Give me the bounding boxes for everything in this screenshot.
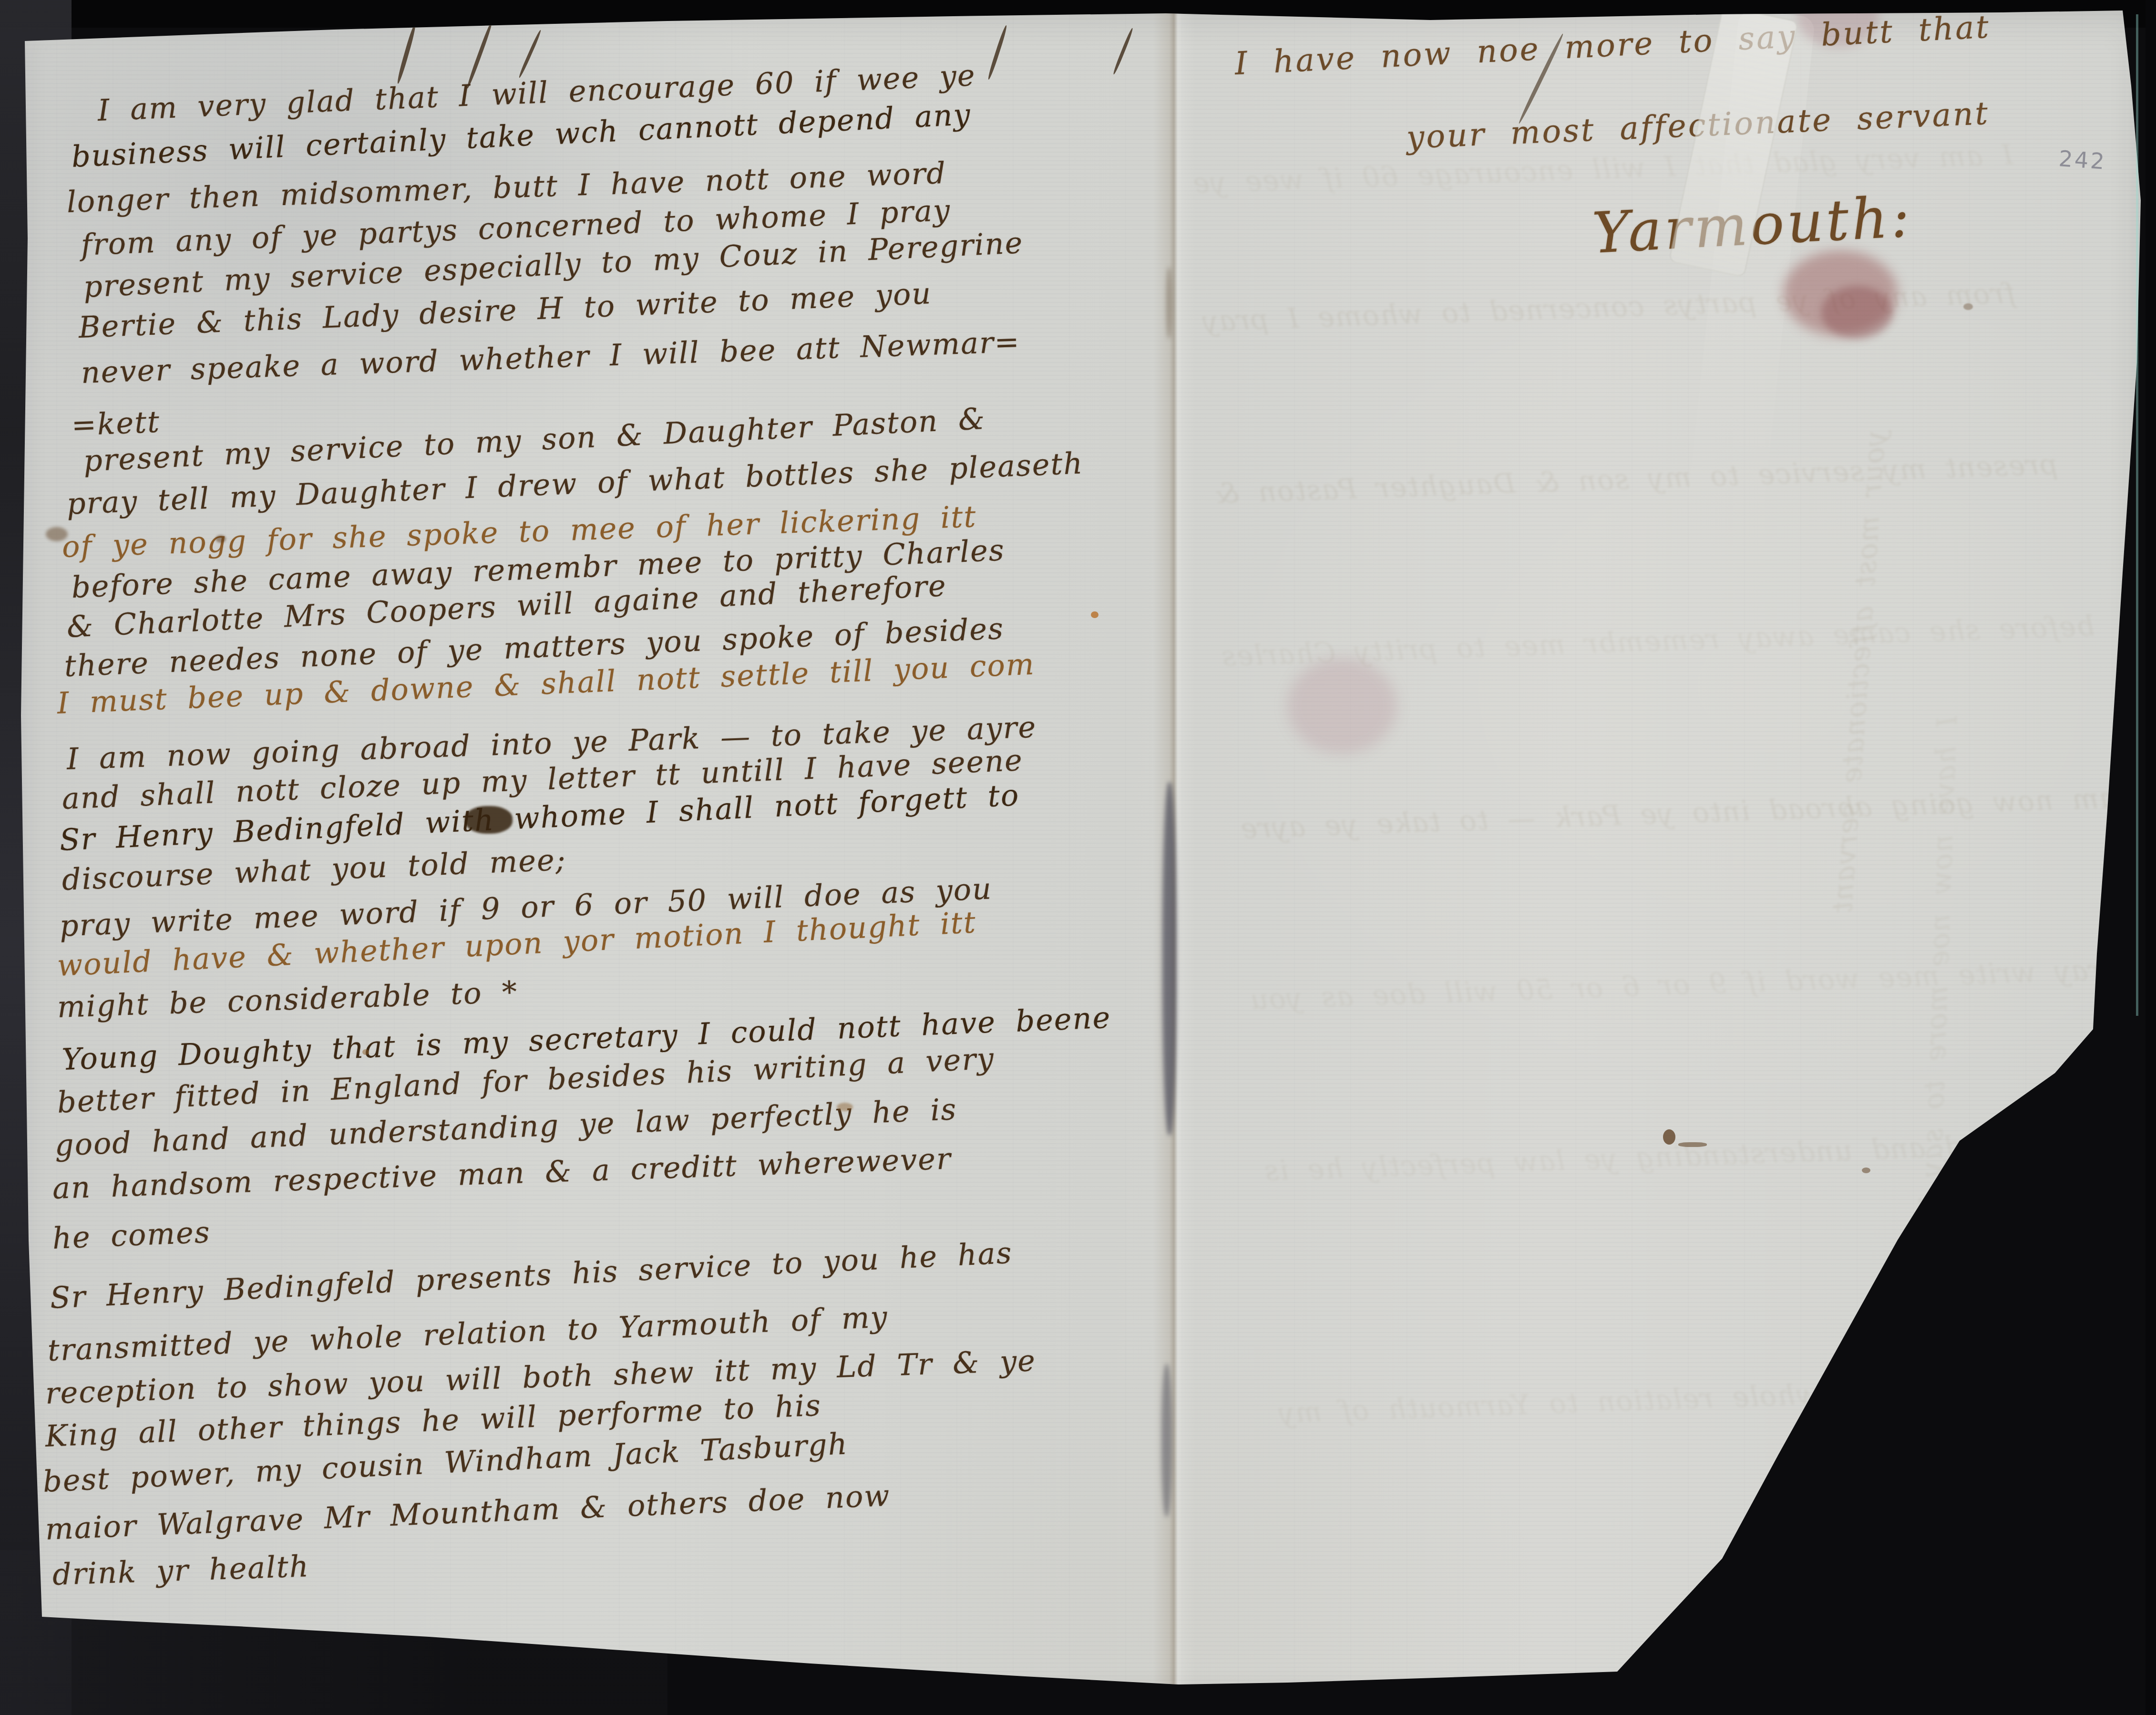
ink-deletion-blot <box>465 806 513 834</box>
archival-photo: I am very glad that I will encourage 60 … <box>0 0 2156 1715</box>
ink-speck <box>1963 303 1973 310</box>
letter-line: he comes <box>52 1215 211 1256</box>
fold-ink-smudge <box>1162 782 1177 1135</box>
ink-speck <box>1678 1142 1707 1147</box>
letter-line: =kett <box>71 404 161 443</box>
ink-speck <box>362 1049 369 1055</box>
ink-speck <box>837 1103 853 1111</box>
wax-seal-stain <box>1821 286 1893 339</box>
ink-speck <box>1862 1167 1870 1173</box>
ink-speck <box>1091 611 1099 618</box>
scanner-edge-artifact <box>2136 14 2138 1016</box>
ink-speck <box>46 527 68 541</box>
ink-speck <box>216 535 226 543</box>
ink-speck <box>1663 1129 1675 1145</box>
folio-number: 242 <box>2058 145 2107 175</box>
mount-background-right-edge <box>2146 0 2156 1715</box>
fold-ink-smudge <box>1166 267 1172 339</box>
ink-speck <box>2110 792 2117 797</box>
letter-sheet: I am very glad that I will encourage 60 … <box>0 0 2156 1715</box>
pink-stain <box>1287 658 1397 754</box>
fold-ink-smudge <box>1161 1364 1172 1517</box>
